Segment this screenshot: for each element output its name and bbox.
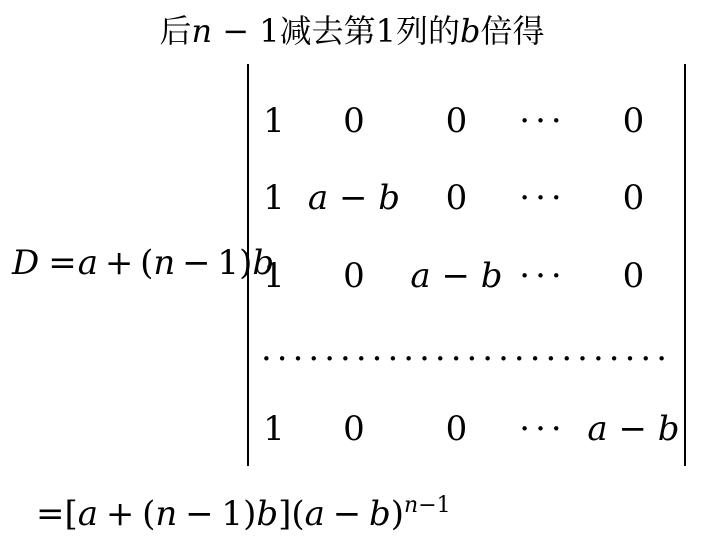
- matrix-cell: a − b: [582, 409, 685, 449]
- matrix-cell: a − b: [299, 178, 409, 218]
- open-bracket: [: [65, 494, 78, 534]
- matrix-cell: 1: [249, 178, 299, 218]
- matrix-cell: 0: [409, 409, 504, 449]
- title-text: 后: [159, 12, 191, 50]
- title-text: 减去第1列的: [280, 12, 460, 50]
- title-text: 倍得: [480, 12, 544, 50]
- matrix-cell: 1: [249, 101, 299, 141]
- sup-minus-one: −1: [418, 493, 450, 518]
- close-bracket-open-paren: ](: [278, 494, 305, 534]
- equals-sign: =: [36, 494, 65, 534]
- matrix-cell: 0: [299, 256, 409, 296]
- coeff-a: a: [78, 243, 98, 283]
- main-equation-lhs: D=a + (n − 1)b: [12, 243, 274, 283]
- superscript-exponent: n−1: [404, 493, 451, 518]
- matrix-cell-cdots: ···: [504, 101, 582, 141]
- matrix-row-2: 1 a − b 0 ··· 0: [249, 176, 685, 220]
- var-a: a: [305, 494, 325, 534]
- matrix-row-3: 1 0 a − b ··· 0: [249, 254, 685, 298]
- var-b: b: [256, 494, 278, 534]
- symbol-D: D: [12, 243, 39, 283]
- matrix-row-1: 1 0 0 ··· 0: [249, 99, 685, 143]
- var-n: n: [155, 494, 177, 534]
- matrix-cell: 0: [582, 178, 685, 218]
- plus-paren: + (: [98, 494, 155, 534]
- coeff-n: n: [153, 243, 175, 283]
- title-var-b: b: [460, 12, 480, 50]
- title-var-n: n: [192, 12, 213, 50]
- title-minus-one: − 1: [212, 12, 280, 50]
- var-b: b: [369, 494, 391, 534]
- var-a: a: [78, 494, 98, 534]
- math-page: 后n − 1减去第1列的b倍得 D=a + (n − 1)b 1 0 0 ···…: [0, 0, 704, 551]
- equals-sign: =: [48, 243, 77, 283]
- matrix-cell: 0: [299, 101, 409, 141]
- title-line: 后n − 1减去第1列的b倍得: [0, 6, 704, 52]
- coeff-minus-one-paren: − 1): [175, 243, 252, 283]
- matrix-cell: 0: [582, 256, 685, 296]
- coeff-plus-paren: + (: [98, 243, 153, 283]
- minus-one-paren: − 1): [177, 494, 256, 534]
- matrix-cell: 0: [409, 101, 504, 141]
- close-paren: ): [391, 494, 404, 534]
- matrix-cell-cdots: ···: [504, 256, 582, 296]
- result-line: =[a + (n − 1)b](a − b)n−1: [36, 493, 451, 534]
- matrix-row-5: 1 0 0 ··· a − b: [249, 407, 685, 451]
- minus-sign: −: [325, 494, 369, 534]
- dots-row: ··························: [261, 341, 672, 377]
- sup-var-n: n: [404, 493, 418, 518]
- matrix-cell: 0: [582, 101, 685, 141]
- matrix-cell: 1: [249, 256, 299, 296]
- matrix-cell: a − b: [409, 256, 504, 296]
- matrix-cell: 0: [299, 409, 409, 449]
- matrix-cell: 1: [249, 409, 299, 449]
- matrix-cell: 0: [409, 178, 504, 218]
- matrix-cell-cdots: ···: [504, 409, 582, 449]
- matrix-cell-cdots: ···: [504, 178, 582, 218]
